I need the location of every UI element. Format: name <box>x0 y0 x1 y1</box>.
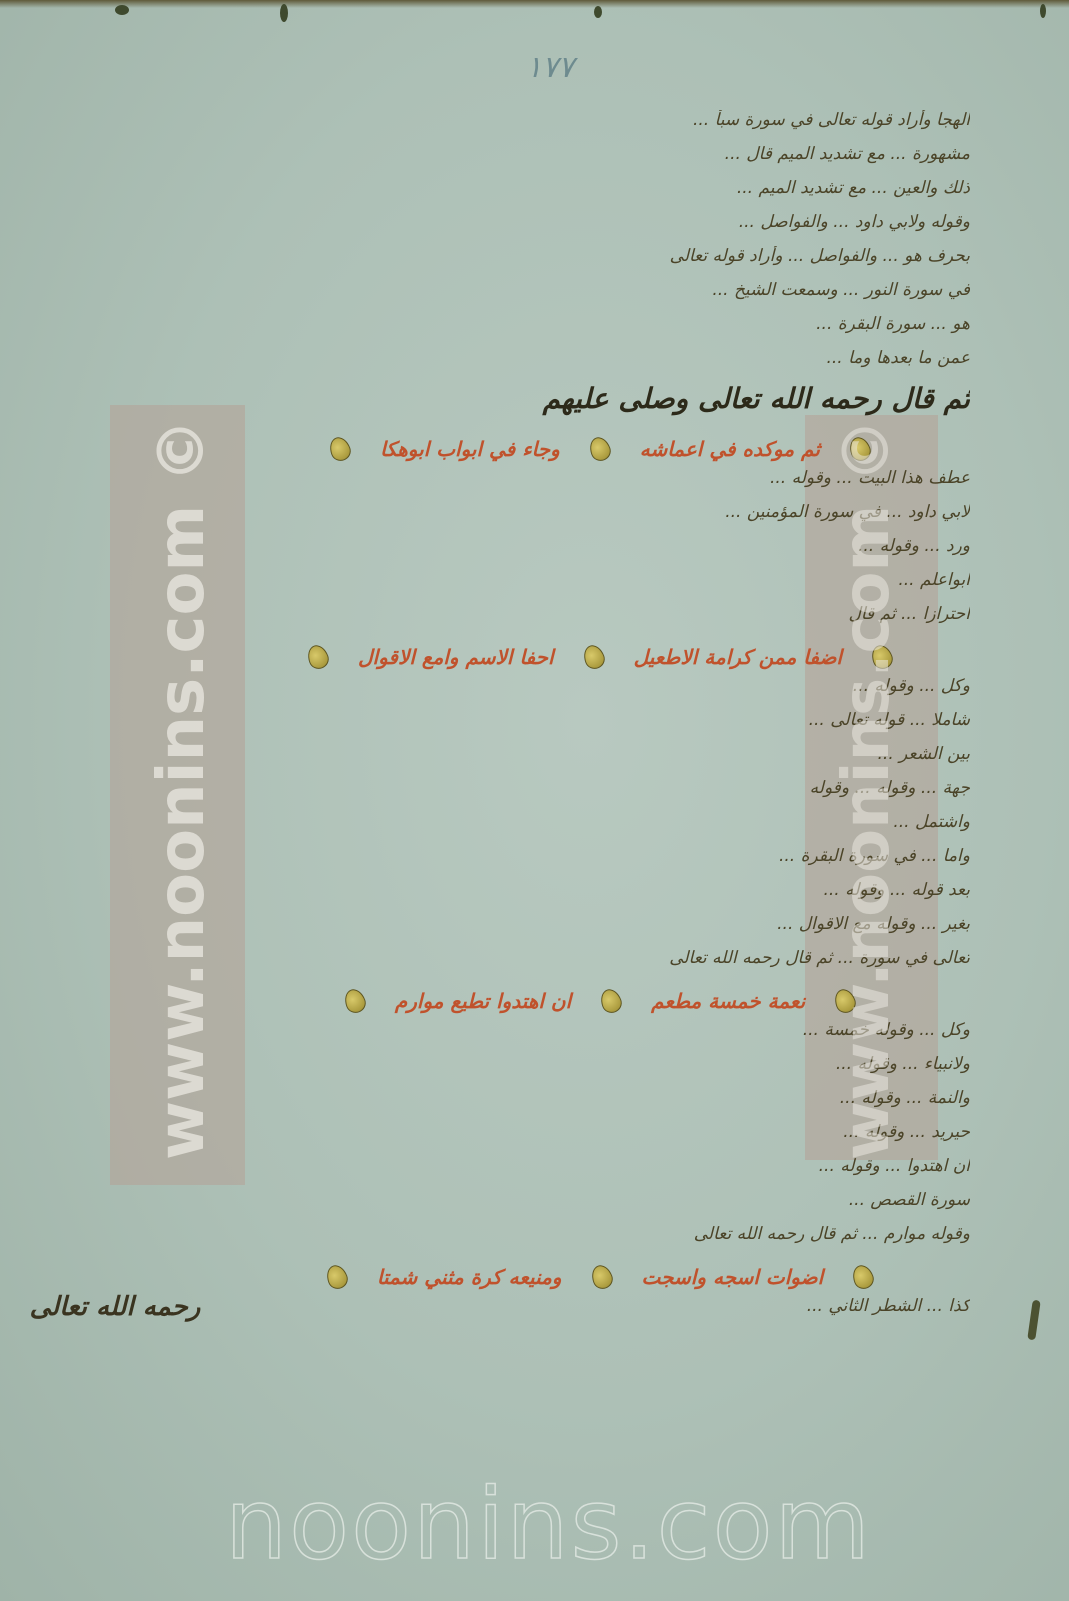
text-line: الهجا وأراد قوله تعالى في سورة سبأ ... <box>230 110 970 144</box>
manuscript-page: ١٧٧ الهجا وأراد قوله تعالى في سورة سبأ .… <box>0 0 1069 1601</box>
verse-marker-icon <box>598 986 625 1015</box>
verse-hemistich: نعمة خمسة مطعم <box>651 989 805 1013</box>
verse-hemistich: احفا الاسم وامع الاقوال <box>358 645 554 669</box>
verse-marker-icon <box>580 642 607 671</box>
text-line: كذا ... الشطر الثاني ... <box>230 1296 970 1330</box>
ink-speck <box>1040 4 1046 18</box>
text-line: سورة القصص ... <box>230 1190 970 1224</box>
verse-marker-icon <box>305 642 332 671</box>
verse-marker-icon <box>327 434 354 463</box>
verse-hemistich: وجاء في ابواب ابوهكا <box>380 437 560 461</box>
text-line: بحرف هو ... والفواصل ... وأراد قوله تعال… <box>230 246 970 280</box>
text-line: وقوله ولابي داود ... والفواصل ... <box>230 212 970 246</box>
margin-note: رحمه الله تعالى <box>0 1272 230 1342</box>
verse-hemistich: اضفا ممن كرامة الاطعيل <box>634 645 842 669</box>
margin-mark <box>1027 1300 1040 1341</box>
text-line: عمن ما بعدها وما ... <box>230 348 970 382</box>
text-line: في سورة النور ... وسمعت الشيخ ... <box>230 280 970 314</box>
verse-marker-icon <box>341 986 368 1015</box>
watermark-vertical-right: www.noonins.com © <box>830 419 904 1160</box>
text-line: مشهورة ... مع تشديد الميم قال ... <box>230 144 970 178</box>
ink-speck <box>280 4 288 22</box>
watermark-vertical-left: www.noonins.com © <box>145 419 219 1160</box>
verse-hemistich: اضوات اسجه واسجت <box>642 1265 824 1289</box>
text-line: وقوله موارم ... ثم قال رحمه الله تعالى <box>230 1224 970 1258</box>
verse-marker-icon <box>586 434 613 463</box>
verse-hemistich: ومنيعه كرة مثني شمتا <box>377 1265 562 1289</box>
page-top-edge <box>0 0 1069 8</box>
verse-hemistich: ان اهتدوا تطيع موارم <box>395 989 571 1013</box>
ink-speck <box>115 5 129 15</box>
verse-hemistich: ثم موكده في اعماشه <box>640 437 820 461</box>
text-line: ذلك والعين ... مع تشديد الميم ... <box>230 178 970 212</box>
ink-speck <box>594 6 602 18</box>
text-line: هو ... سورة البقرة ... <box>230 314 970 348</box>
verse-marker-icon <box>323 1262 350 1291</box>
verse-marker-icon <box>850 1262 877 1291</box>
verse-marker-icon <box>588 1262 615 1291</box>
folio-number: ١٧٧ <box>500 50 600 90</box>
text-line: ان اهتدوا ... وقوله ... <box>230 1156 970 1190</box>
verse-line: اضوات اسجه واسجت ومنيعه كرة مثني شمتا <box>230 1258 970 1296</box>
watermark-bottom: noonins.com <box>225 1470 845 1580</box>
